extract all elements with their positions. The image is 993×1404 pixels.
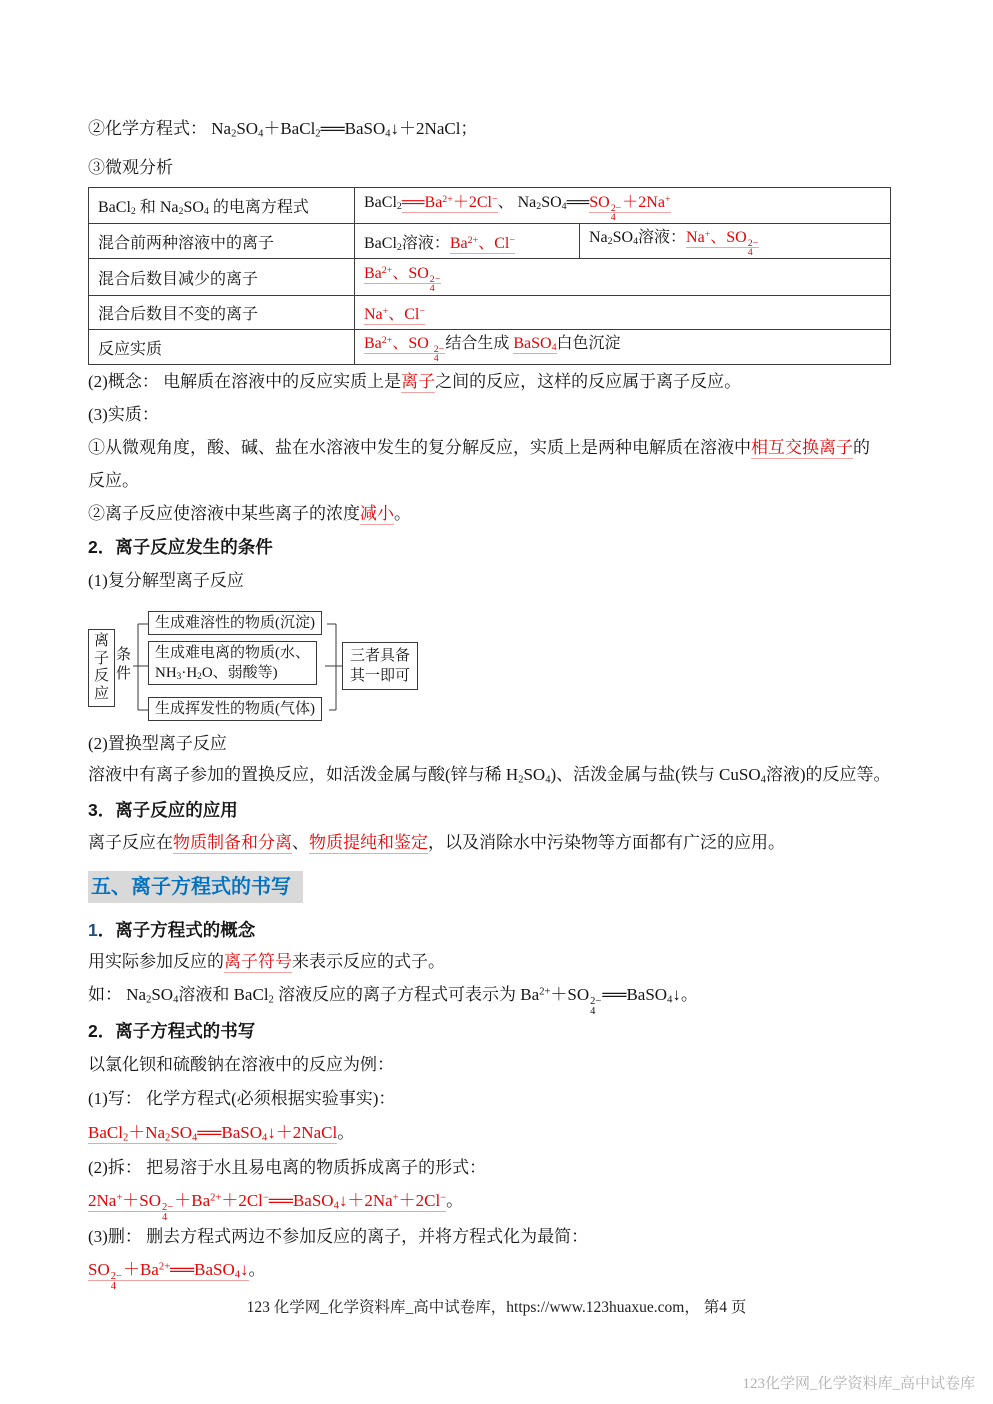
- diagram-branch-line: NH3·H2O、弱酸等): [155, 663, 310, 683]
- ion-reaction-conditions-diagram: 离子反应 条件 生成难溶性的物质(沉淀) 生成难电离的物质(水、 NH3·H2O…: [88, 609, 433, 727]
- table-row: 反应实质 Ba2+、SO 2−4结合生成 BaSO4白色沉淀: [89, 330, 891, 365]
- section-heading-ionic-equation-writing: 五、离子方程式的书写: [88, 871, 303, 903]
- row-value: BaCl2══Ba2+＋2Cl−、 Na2SO4══SO2−4＋2Na+: [355, 188, 891, 224]
- row-value: Ba2+、SO2−4: [355, 259, 891, 296]
- table-row: 混合前两种溶液中的离子 BaCl2溶液：Ba2+、Cl− Na2SO4溶液：Na…: [89, 224, 891, 259]
- chem-equation-step-split: 2Na+＋SO2−4＋Ba2+＋2Cl−══BaSO4↓＋2Na+＋2Cl−。: [88, 1190, 463, 1222]
- paragraph-essence-2: ②离子反应使溶液中某些离子的浓度减小。: [88, 503, 411, 525]
- heading-ionic-equation-concept: 1．离子方程式的概念: [88, 919, 255, 942]
- diagram-root-box: 离子反应: [88, 629, 115, 707]
- diagram-condition-label: 条件: [116, 646, 132, 684]
- watermark: 123化学网_化学资料库_高中试卷库: [742, 1372, 975, 1393]
- micro-analysis-item: ③微观分析: [88, 157, 173, 179]
- chem-equation-step-delete: SO2−4＋Ba2+══BaSO4↓。: [88, 1259, 266, 1291]
- table-row: 混合后数目不变的离子 Na+、Cl−: [89, 296, 891, 330]
- paragraph-step-delete: (3)删： 删去方程式两边不参加反应的离子，并将方程式化为最简：: [88, 1226, 588, 1248]
- heading-conditions: 2．离子反应发生的条件: [88, 536, 273, 559]
- row-label: 混合后数目减少的离子: [89, 259, 355, 296]
- diagram-branch-gas: 生成挥发性的物质(气体): [148, 697, 322, 721]
- paragraph-essence-1: ①从微观角度，酸、碱、盐在水溶液中发生的复分解反应，实质上是两种电解质在溶液中相…: [88, 437, 870, 459]
- diagram-branch-line: 生成难电离的物质(水、: [155, 643, 310, 663]
- row-value: Ba2+、SO 2−4结合生成 BaSO4白色沉淀: [355, 330, 891, 365]
- paragraph-concept-definition: 用实际参加反应的离子符号来表示反应的式子。: [88, 951, 445, 973]
- table-row: BaCl2 和 Na2SO4 的电离方程式 BaCl2══Ba2+＋2Cl−、 …: [89, 188, 891, 224]
- paragraph-decomposition-type: (1)复分解型离子反应: [88, 570, 244, 592]
- row-label: 混合前两种溶液中的离子: [89, 224, 355, 259]
- paragraph-application: 离子反应在物质制备和分离、物质提纯和鉴定，以及消除水中污染物等方面都有广泛的应用…: [88, 832, 785, 854]
- paragraph-step-write: (1)写： 化学方程式(必须根据实验事实)：: [88, 1088, 395, 1110]
- document-page: ②化学方程式： Na2SO4＋BaCl2══BaSO4↓＋2NaCl； ③微观分…: [0, 0, 993, 1404]
- diagram-note-line: 三者具备: [350, 646, 410, 666]
- heading-ionic-equation-writing-steps: 2．离子方程式的书写: [88, 1020, 255, 1043]
- paragraph-writing-intro: 以氯化钡和硫酸钠在溶液中的反应为例：: [88, 1054, 394, 1076]
- paragraph-concept: (2)概念： 电解质在溶液中的反应实质上是离子之间的反应，这样的反应属于离子反应…: [88, 371, 741, 393]
- heading-application: 3．离子反应的应用: [88, 799, 238, 822]
- page-footer: 123 化学网_化学资料库_高中试卷库，https://www.123huaxu…: [0, 1295, 993, 1317]
- row-value: Na+、Cl−: [355, 296, 891, 330]
- row-value: BaCl2溶液：Ba2+、Cl−: [355, 224, 580, 259]
- ionization-analysis-table: BaCl2 和 Na2SO4 的电离方程式 BaCl2══Ba2+＋2Cl−、 …: [88, 187, 891, 365]
- row-value: Na2SO4溶液：Na+、SO2−4: [580, 224, 891, 259]
- diagram-branch-weak-electrolyte: 生成难电离的物质(水、 NH3·H2O、弱酸等): [148, 641, 317, 685]
- diagram-note-box: 三者具备 其一即可: [342, 642, 418, 690]
- paragraph-example: 如： Na2SO4溶液和 BaCl2 溶液反应的离子方程式可表示为 Ba2+＋S…: [88, 984, 698, 1016]
- row-label: 混合后数目不变的离子: [89, 296, 355, 330]
- paragraph-displacement-desc: 溶液中有离子参加的置换反应，如活泼金属与酸(锌与稀 H2SO4)、活泼金属与盐(…: [88, 764, 891, 786]
- diagram-branch-precipitate: 生成难溶性的物质(沉淀): [148, 611, 322, 635]
- chem-equation-item: ②化学方程式： Na2SO4＋BaCl2══BaSO4↓＋2NaCl；: [88, 118, 477, 140]
- row-label: BaCl2 和 Na2SO4 的电离方程式: [89, 188, 355, 224]
- table-row: 混合后数目减少的离子 Ba2+、SO2−4: [89, 259, 891, 296]
- chem-equation-step-write: BaCl2＋Na2SO4══BaSO4↓＋2NaCl。: [88, 1122, 354, 1144]
- paragraph-step-split: (2)拆： 把易溶于水且易电离的物质拆成离子的形式：: [88, 1157, 486, 1179]
- paragraph-essence-1-cont: 反应。: [88, 470, 139, 492]
- diagram-note-line: 其一即可: [350, 666, 410, 686]
- paragraph-displacement-type: (2)置换型离子反应: [88, 733, 227, 755]
- row-label: 反应实质: [89, 330, 355, 365]
- paragraph-essence-title: (3)实质：: [88, 404, 159, 426]
